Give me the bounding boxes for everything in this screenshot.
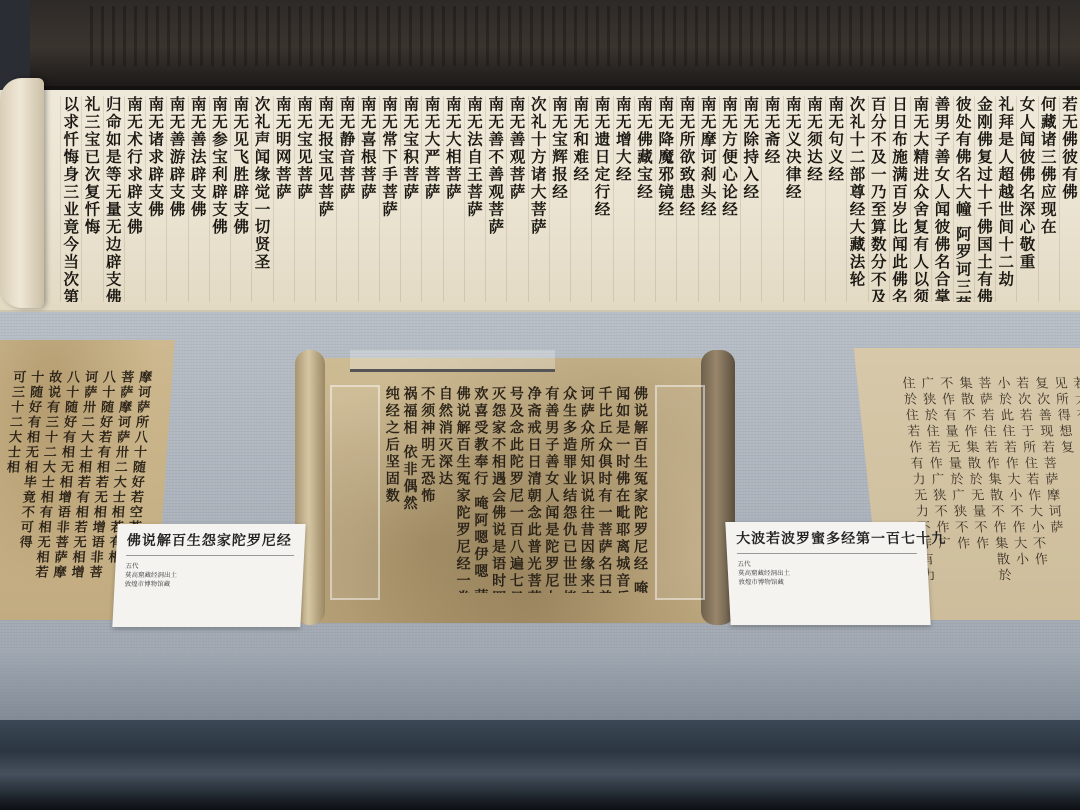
- museum-display-case: 若无佛彼有佛何藏诸三佛应现在女人闻彼佛名深心敬重礼拜是人超越世间十二劫金刚佛复过…: [0, 0, 1080, 810]
- text-column: 南无善不善观菩萨: [485, 96, 506, 302]
- text-column: 归命如是等无量无边辟支佛: [103, 96, 124, 302]
- text-column: 南无遗日定行经: [591, 96, 612, 302]
- text-column: 南无静音菩萨: [336, 96, 357, 302]
- text-column: 自然消灭深达: [438, 386, 454, 593]
- text-column: 南无佛藏宝经: [634, 96, 655, 302]
- text-column: 南无除持入经: [740, 96, 761, 302]
- text-column: 南无大精进众舍复有人以须弥山等七宝: [910, 96, 931, 302]
- text-column: 南无常下手菩萨: [379, 96, 400, 302]
- text-column: 日日布施满百岁比闻此佛名礼拜功德: [889, 96, 910, 302]
- text-column: 南无和难经: [570, 96, 591, 302]
- text-column: 南无摩诃刹头经: [698, 96, 719, 302]
- upper-manuscript-roll: [0, 78, 44, 308]
- text-column: 南无义决律经: [783, 96, 804, 302]
- text-column: 南无见飞胜辟支佛: [230, 96, 251, 302]
- text-column: 诃萨众所知识说往昔因缘来来世中末法: [580, 386, 596, 593]
- text-column: 南无喜根菩萨: [358, 96, 379, 302]
- text-column: 南无宝积菩萨: [400, 96, 421, 302]
- text-column: 佛说解百生冤家陀罗尼经一卷: [456, 386, 472, 593]
- exhibit-label-collection: 敦煌市博物馆藏: [738, 578, 918, 587]
- acrylic-holder-top: [350, 350, 555, 372]
- text-column: 闻如是一时佛在毗耶离城音乐树下有八: [616, 386, 632, 593]
- text-column: 若无佛彼有佛: [1059, 96, 1080, 302]
- upper-manuscript-columns: 若无佛彼有佛何藏诸三佛应现在女人闻彼佛名深心敬重礼拜是人超越世间十二劫金刚佛复过…: [60, 96, 1080, 302]
- exhibit-label-title: 佛说解百生怨家陀罗尼经: [126, 530, 295, 556]
- text-column: 彼处有佛名大幢 阿罗诃三藐三佛陀: [953, 96, 974, 302]
- middle-scroll-columns: 佛说解百生冤家陀罗尼经 唵阿阿喑嗯闻如是一时佛在毗耶离城音乐树下有八千比丘众俱时…: [385, 386, 649, 593]
- text-column: 南无斋经: [761, 96, 782, 302]
- text-column: 佛说解百生冤家陀罗尼经 唵阿阿喑嗯: [633, 386, 649, 593]
- exhibit-label-right: 大波若波罗蜜多经第一百七十九 五代 莫高窟藏经洞出土 敦煌市博物馆藏: [725, 522, 930, 625]
- text-column: 何藏诸三佛应现在: [1038, 96, 1059, 302]
- text-column: 南无明网菩萨: [273, 96, 294, 302]
- dark-back-scroll: [30, 0, 1080, 92]
- text-column: 南无增大经: [613, 96, 634, 302]
- text-column: 礼拜是人超越世间十二劫: [995, 96, 1016, 302]
- text-column: 南无善游辟支佛: [166, 96, 187, 302]
- exhibit-label-origin: 莫高窟藏经洞出土: [125, 571, 293, 580]
- text-column: 有善男子善女人闻是陀罗尼七日七夜能: [545, 386, 561, 593]
- text-column: 南无法自王菩萨: [464, 96, 485, 302]
- text-column: 礼三宝已次复忏悔: [81, 96, 102, 302]
- text-column: 南无降魔邪镜经: [655, 96, 676, 302]
- text-column: 次礼十方诸大菩萨: [528, 96, 549, 302]
- case-front-frame: [0, 720, 1080, 810]
- text-column: 南无参宝利辟支佛: [209, 96, 230, 302]
- text-column: 纯经之后坚固数: [385, 386, 401, 593]
- text-column: 灭怨家不相遇会佛说是语时四众人民各: [491, 386, 507, 593]
- text-column: 众生多造罪业结怨仇已世世皆须相遇若: [562, 386, 578, 593]
- text-column: 南无须达经: [804, 96, 825, 302]
- text-column: 次礼十二部尊经大藏法轮: [846, 96, 867, 302]
- text-column: 南无术行求辟支佛: [124, 96, 145, 302]
- text-column: 千比丘众俱时有一菩萨名曰普光菩萨摩: [598, 386, 614, 593]
- exhibit-label-collection: 敦煌市博物馆藏: [124, 580, 292, 589]
- text-column: 不须神明无恐怖: [420, 386, 436, 593]
- exhibit-label-era: 五代: [737, 560, 917, 569]
- text-column: 南无宝见菩萨: [294, 96, 315, 302]
- back-scroll-text-texture: [90, 6, 1060, 66]
- text-column: 欢喜受教奉行 唵阿嗯伊嗯 萨婆诃: [474, 386, 490, 593]
- text-column: 南无大严菩萨: [421, 96, 442, 302]
- text-column: 南无报宝见菩萨: [315, 96, 336, 302]
- exhibit-label-era: 五代: [125, 562, 293, 571]
- text-column: 百分不及一乃至算数分不及一: [868, 96, 889, 302]
- exhibit-label-left: 佛说解百生怨家陀罗尼经 五代 莫高窟藏经洞出土 敦煌市博物馆藏: [112, 524, 305, 627]
- text-column: 南无宝辉报经: [549, 96, 570, 302]
- text-column: 南无大相菩萨: [443, 96, 464, 302]
- text-column: 以求忏悔身三业竟今当次第忏悔口四恶: [60, 96, 81, 302]
- text-column: 号及念此陀罗尼一百八遍七日满足尽得消: [509, 386, 525, 593]
- text-column: 次礼声闻缘觉一切贤圣: [251, 96, 272, 302]
- text-column: 南无方便心论经: [719, 96, 740, 302]
- upper-manuscript: 若无佛彼有佛何藏诸三佛应现在女人闻彼佛名深心敬重礼拜是人超越世间十二劫金刚佛复过…: [0, 90, 1080, 312]
- case-glass-sheen: [0, 650, 1080, 720]
- acrylic-holder-right: [655, 385, 705, 600]
- acrylic-holder-left: [330, 385, 380, 600]
- text-column: 金刚佛复过十千佛国土有佛: [974, 96, 995, 302]
- text-column: 南无善观菩萨: [506, 96, 527, 302]
- text-column: 南无诸求辟支佛: [145, 96, 166, 302]
- exhibit-label-origin: 莫高窟藏经洞出土: [738, 569, 918, 578]
- text-column: 女人闻彼佛名深心敬重: [1016, 96, 1037, 302]
- text-column: 善男子善女人闻彼佛名合掌作如是言: [931, 96, 952, 302]
- exhibit-label-title: 大波若波罗蜜多经第一百七十九: [736, 528, 917, 554]
- text-column: 净斋戒日日清朝念此普光菩萨摩诃萨名: [527, 386, 543, 593]
- text-column: 南无善法辟支佛: [188, 96, 209, 302]
- text-column: 南无所欲致患经: [676, 96, 697, 302]
- text-column: 南无句义经: [825, 96, 846, 302]
- text-column: 祸福相 依非偶然: [403, 386, 419, 593]
